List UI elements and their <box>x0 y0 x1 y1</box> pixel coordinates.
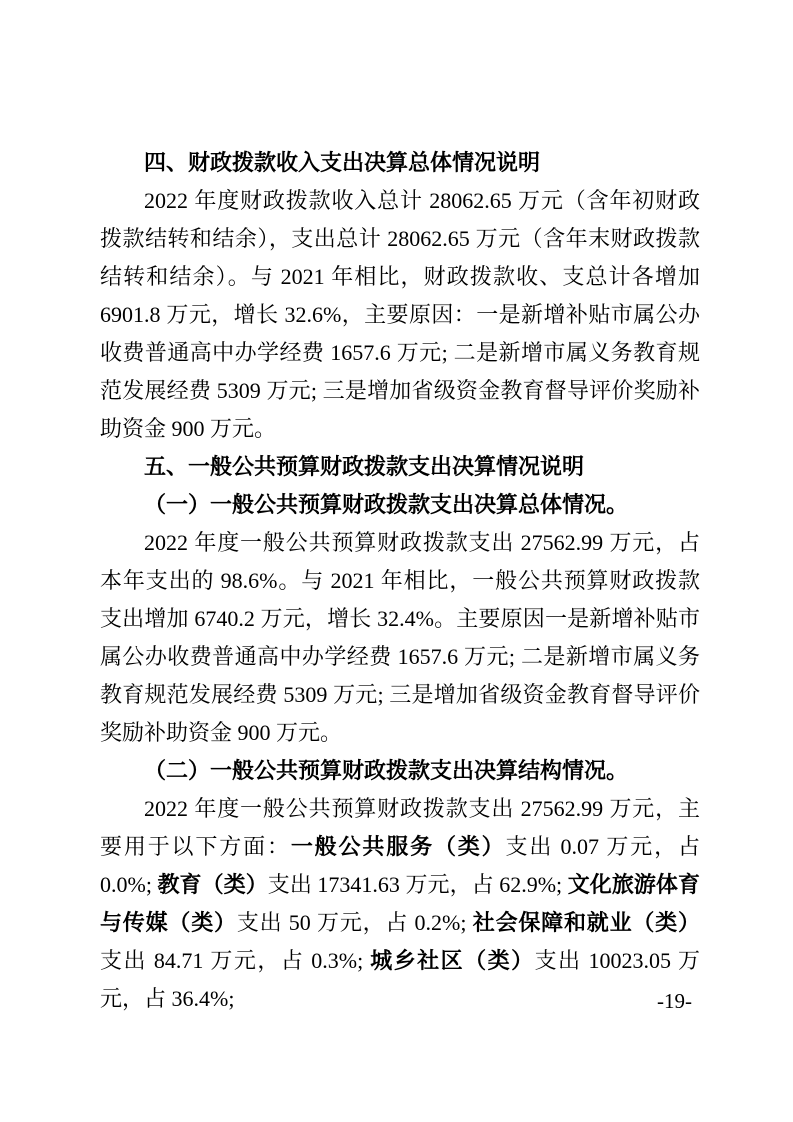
subsection-heading-5-1: （一）一般公共预算财政拨款支出决算总体情况。 <box>100 486 700 524</box>
paragraph-expenditure-structure: 2022 年度一般公共预算财政拨款支出 27562.99 万元，主要用于以下方面… <box>100 790 700 1018</box>
category-education: 教育（类） <box>158 872 268 897</box>
page-number: -19- <box>657 982 692 1020</box>
document-page: 四、财政拨款收入支出决算总体情况说明 2022 年度财政拨款收入总计 28062… <box>0 0 793 1122</box>
subsection-heading-5-2: （二）一般公共预算财政拨款支出决算结构情况。 <box>100 752 700 790</box>
paragraph-fiscal-appropriation-overview: 2022 年度财政拨款收入总计 28062.65 万元（含年初财政拨款结转和结余… <box>100 182 700 448</box>
paragraph-general-budget-total: 2022 年度一般公共预算财政拨款支出 27562.99 万元，占本年支出的 9… <box>100 524 700 752</box>
text-segment: 支出 84.71 万元，占 0.3%; <box>100 948 370 973</box>
text-segment: 支出 50 万元，占 0.2%; <box>237 910 473 935</box>
text-segment: 支出 17341.63 万元，占 62.9%; <box>268 872 568 897</box>
category-social-security-employment: 社会保障和就业（类） <box>473 910 700 935</box>
section-heading-5: 五、一般公共预算财政拨款支出决算情况说明 <box>100 448 700 486</box>
category-urban-rural-community: 城乡社区（类） <box>370 948 534 973</box>
category-general-public-services: 一般公共服务（类） <box>291 834 506 859</box>
section-heading-4: 四、财政拨款收入支出决算总体情况说明 <box>100 144 700 182</box>
page-content: 四、财政拨款收入支出决算总体情况说明 2022 年度财政拨款收入总计 28062… <box>100 144 700 1018</box>
